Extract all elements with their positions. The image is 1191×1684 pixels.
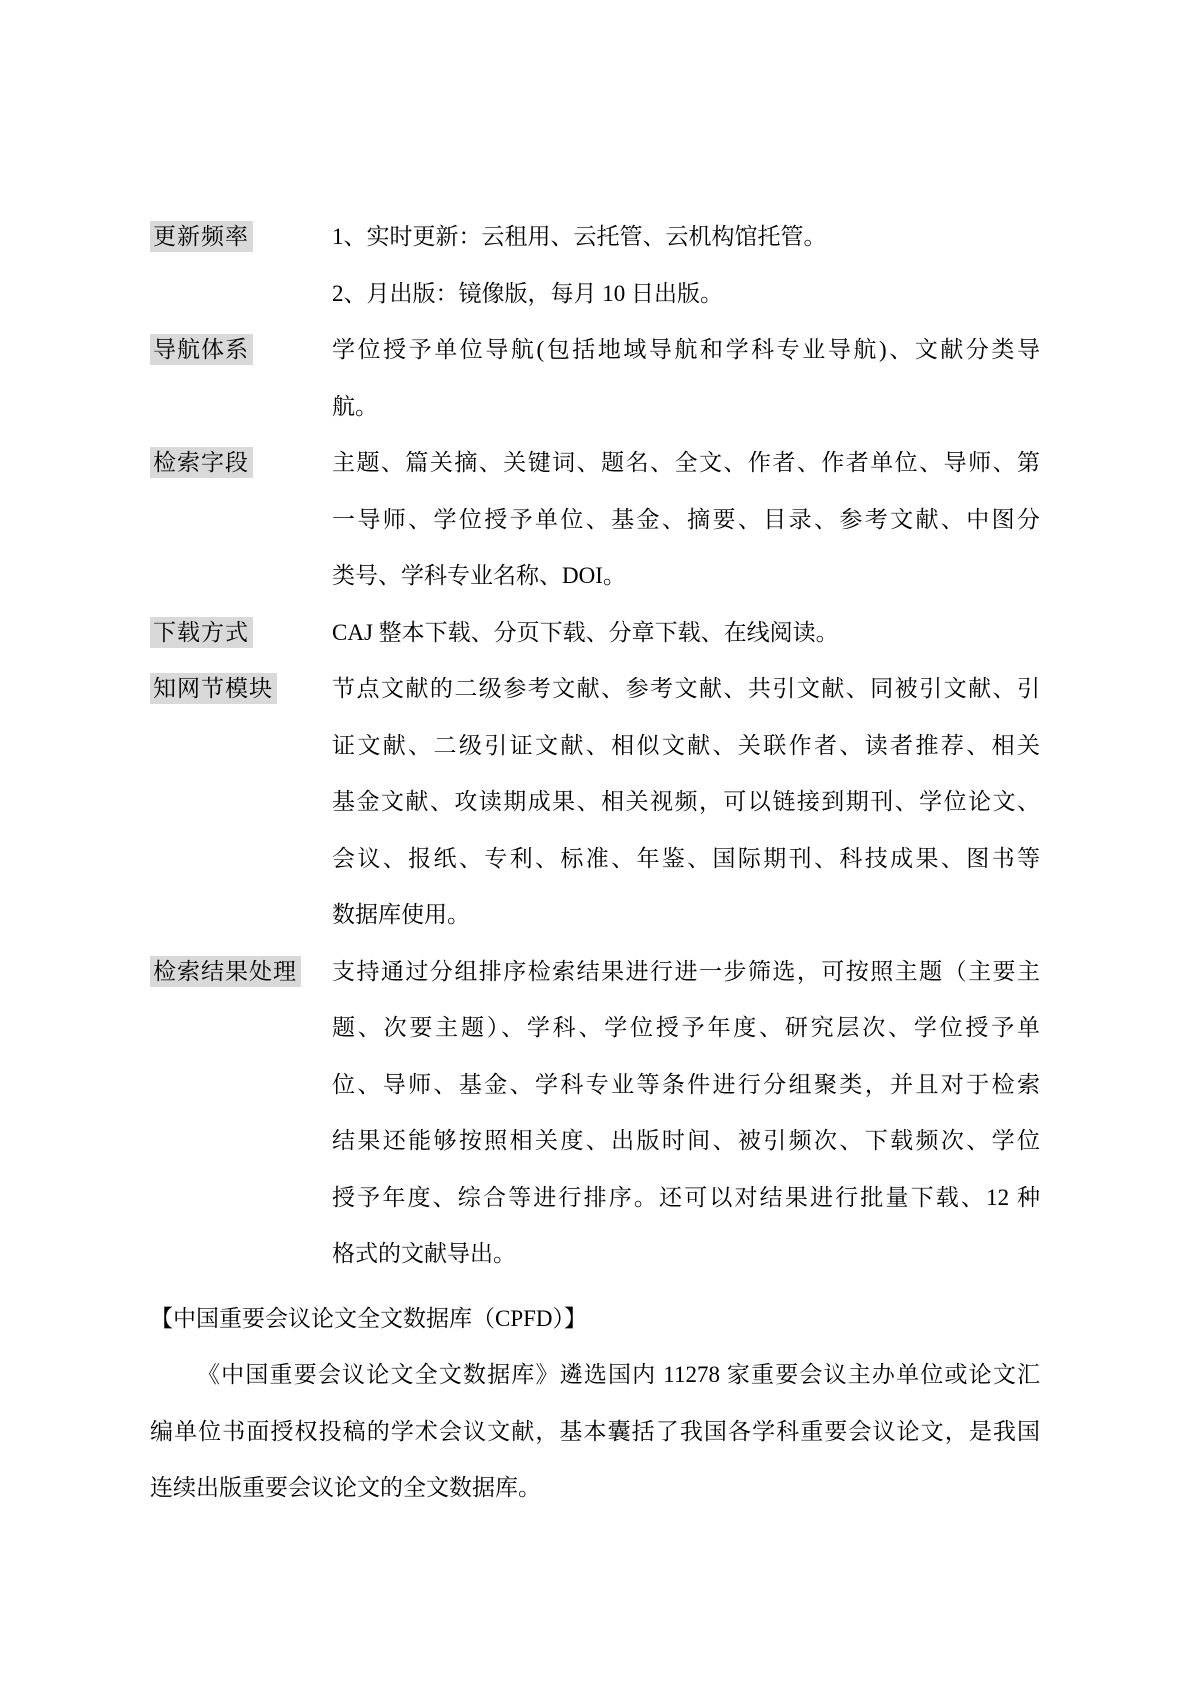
- def-row-search-result-processing: 检索结果处理 支持通过分组排序检索结果进行进一步筛选，可按照主题（主要主题、次要…: [150, 944, 1040, 1283]
- paragraph: 1、实时更新：云租用、云托管、云机构馆托管。: [332, 209, 1040, 266]
- row-label-line: 检索结果处理: [150, 944, 332, 1001]
- highlighted-label: 知网节模块: [150, 673, 277, 704]
- row-label-line: 导航体系: [150, 322, 332, 379]
- text-line: 主题、篇关摘、关键词、题名、全文、作者、作者单位、导师、第: [332, 435, 1040, 492]
- cpfd-description-paragraph: 《中国重要会议论文全文数据库》遴选国内 11278 家重要会议主办单位或论文汇编…: [150, 1347, 1040, 1517]
- text-line: 格式的文献导出。: [332, 1226, 1040, 1283]
- text-line: 基金文献、攻读期成果、相关视频，可以链接到期刊、学位论文、: [332, 774, 1040, 831]
- text-line: 2、月出版：镜像版，每月 10 日出版。: [332, 266, 1040, 323]
- document-page: 更新频率 1、实时更新：云租用、云托管、云机构馆托管。2、月出版：镜像版，每月 …: [0, 0, 1191, 1684]
- paragraph: 学位授予单位导航(包括地域导航和学科专业导航)、文献分类导航。: [332, 322, 1040, 435]
- text-line: 学位授予单位导航(包括地域导航和学科专业导航)、文献分类导: [332, 322, 1040, 379]
- document-content: 更新频率 1、实时更新：云租用、云托管、云机构馆托管。2、月出版：镜像版，每月 …: [150, 209, 1040, 1517]
- row-content: 主题、篇关摘、关键词、题名、全文、作者、作者单位、导师、第一导师、学位授予单位、…: [332, 435, 1040, 605]
- highlighted-label: 导航体系: [150, 334, 253, 365]
- text-line: 结果还能够按照相关度、出版时间、被引频次、下载频次、学位: [332, 1113, 1040, 1170]
- row-label-cell: 更新频率: [150, 209, 332, 266]
- def-row-download-methods: 下载方式 CAJ 整本下载、分页下载、分章下载、在线阅读。: [150, 605, 1040, 662]
- highlighted-label: 检索结果处理: [150, 956, 301, 987]
- paragraph: 2、月出版：镜像版，每月 10 日出版。: [332, 266, 1040, 323]
- text-line: CAJ 整本下载、分页下载、分章下载、在线阅读。: [332, 605, 1040, 662]
- paragraph: 《中国重要会议论文全文数据库》遴选国内 11278 家重要会议主办单位或论文汇编…: [150, 1347, 1040, 1517]
- paragraph: 支持通过分组排序检索结果进行进一步筛选，可按照主题（主要主题、次要主题）、学科、…: [332, 944, 1040, 1283]
- section-heading-cpfd: 【中国重要会议论文全文数据库（CPFD）】: [150, 1291, 1040, 1348]
- paragraph: 节点文献的二级参考文献、参考文献、共引文献、同被引文献、引证文献、二级引证文献、…: [332, 661, 1040, 944]
- def-row-navigation-system: 导航体系 学位授予单位导航(包括地域导航和学科专业导航)、文献分类导航。: [150, 322, 1040, 435]
- text-line: 节点文献的二级参考文献、参考文献、共引文献、同被引文献、引: [332, 661, 1040, 718]
- row-content: CAJ 整本下载、分页下载、分章下载、在线阅读。: [332, 605, 1040, 662]
- text-line: 位、导师、基金、学科专业等条件进行分组聚类，并且对于检索: [332, 1057, 1040, 1114]
- paragraph: 主题、篇关摘、关键词、题名、全文、作者、作者单位、导师、第一导师、学位授予单位、…: [332, 435, 1040, 605]
- row-label-cell: 下载方式: [150, 605, 332, 662]
- text-line: 授予年度、综合等进行排序。还可以对结果进行批量下载、12 种: [332, 1170, 1040, 1227]
- text-line: 《中国重要会议论文全文数据库》遴选国内 11278 家重要会议主办单位或论文汇: [150, 1347, 1040, 1404]
- text-line: 证文献、二级引证文献、相似文献、关联作者、读者推荐、相关: [332, 718, 1040, 775]
- row-content: 1、实时更新：云租用、云托管、云机构馆托管。2、月出版：镜像版，每月 10 日出…: [332, 209, 1040, 322]
- highlighted-label: 下载方式: [150, 617, 253, 648]
- text-line: 一导师、学位授予单位、基金、摘要、目录、参考文献、中图分: [332, 492, 1040, 549]
- text-line: 编单位书面授权投稿的学术会议文献，基本囊括了我国各学科重要会议论文，是我国: [150, 1404, 1040, 1461]
- text-line: 题、次要主题）、学科、学位授予年度、研究层次、学位授予单: [332, 1000, 1040, 1057]
- text-line: 会议、报纸、专利、标准、年鉴、国际期刊、科技成果、图书等: [332, 831, 1040, 888]
- row-content: 节点文献的二级参考文献、参考文献、共引文献、同被引文献、引证文献、二级引证文献、…: [332, 661, 1040, 944]
- text-line: 连续出版重要会议论文的全文数据库。: [150, 1460, 1040, 1517]
- row-label-cell: 知网节模块: [150, 661, 332, 718]
- text-line: 1、实时更新：云租用、云托管、云机构馆托管。: [332, 209, 1040, 266]
- row-label-line: 更新频率: [150, 209, 332, 266]
- paragraph: CAJ 整本下载、分页下载、分章下载、在线阅读。: [332, 605, 1040, 662]
- row-label-line: 检索字段: [150, 435, 332, 492]
- def-row-cnki-node-module: 知网节模块 节点文献的二级参考文献、参考文献、共引文献、同被引文献、引证文献、二…: [150, 661, 1040, 944]
- text-line: 类号、学科专业名称、DOI。: [332, 548, 1040, 605]
- row-label-cell: 检索结果处理: [150, 944, 332, 1001]
- highlighted-label: 更新频率: [150, 221, 253, 252]
- row-label-cell: 检索字段: [150, 435, 332, 492]
- row-content: 学位授予单位导航(包括地域导航和学科专业导航)、文献分类导航。: [332, 322, 1040, 435]
- row-label-line: 下载方式: [150, 605, 332, 662]
- def-row-search-fields: 检索字段 主题、篇关摘、关键词、题名、全文、作者、作者单位、导师、第一导师、学位…: [150, 435, 1040, 605]
- row-label-cell: 导航体系: [150, 322, 332, 379]
- row-label-line: 知网节模块: [150, 661, 332, 718]
- def-row-update-frequency: 更新频率 1、实时更新：云租用、云托管、云机构馆托管。2、月出版：镜像版，每月 …: [150, 209, 1040, 322]
- text-line: 航。: [332, 379, 1040, 436]
- highlighted-label: 检索字段: [150, 447, 253, 478]
- text-line: 数据库使用。: [332, 887, 1040, 944]
- text-line: 支持通过分组排序检索结果进行进一步筛选，可按照主题（主要主: [332, 944, 1040, 1001]
- row-content: 支持通过分组排序检索结果进行进一步筛选，可按照主题（主要主题、次要主题）、学科、…: [332, 944, 1040, 1283]
